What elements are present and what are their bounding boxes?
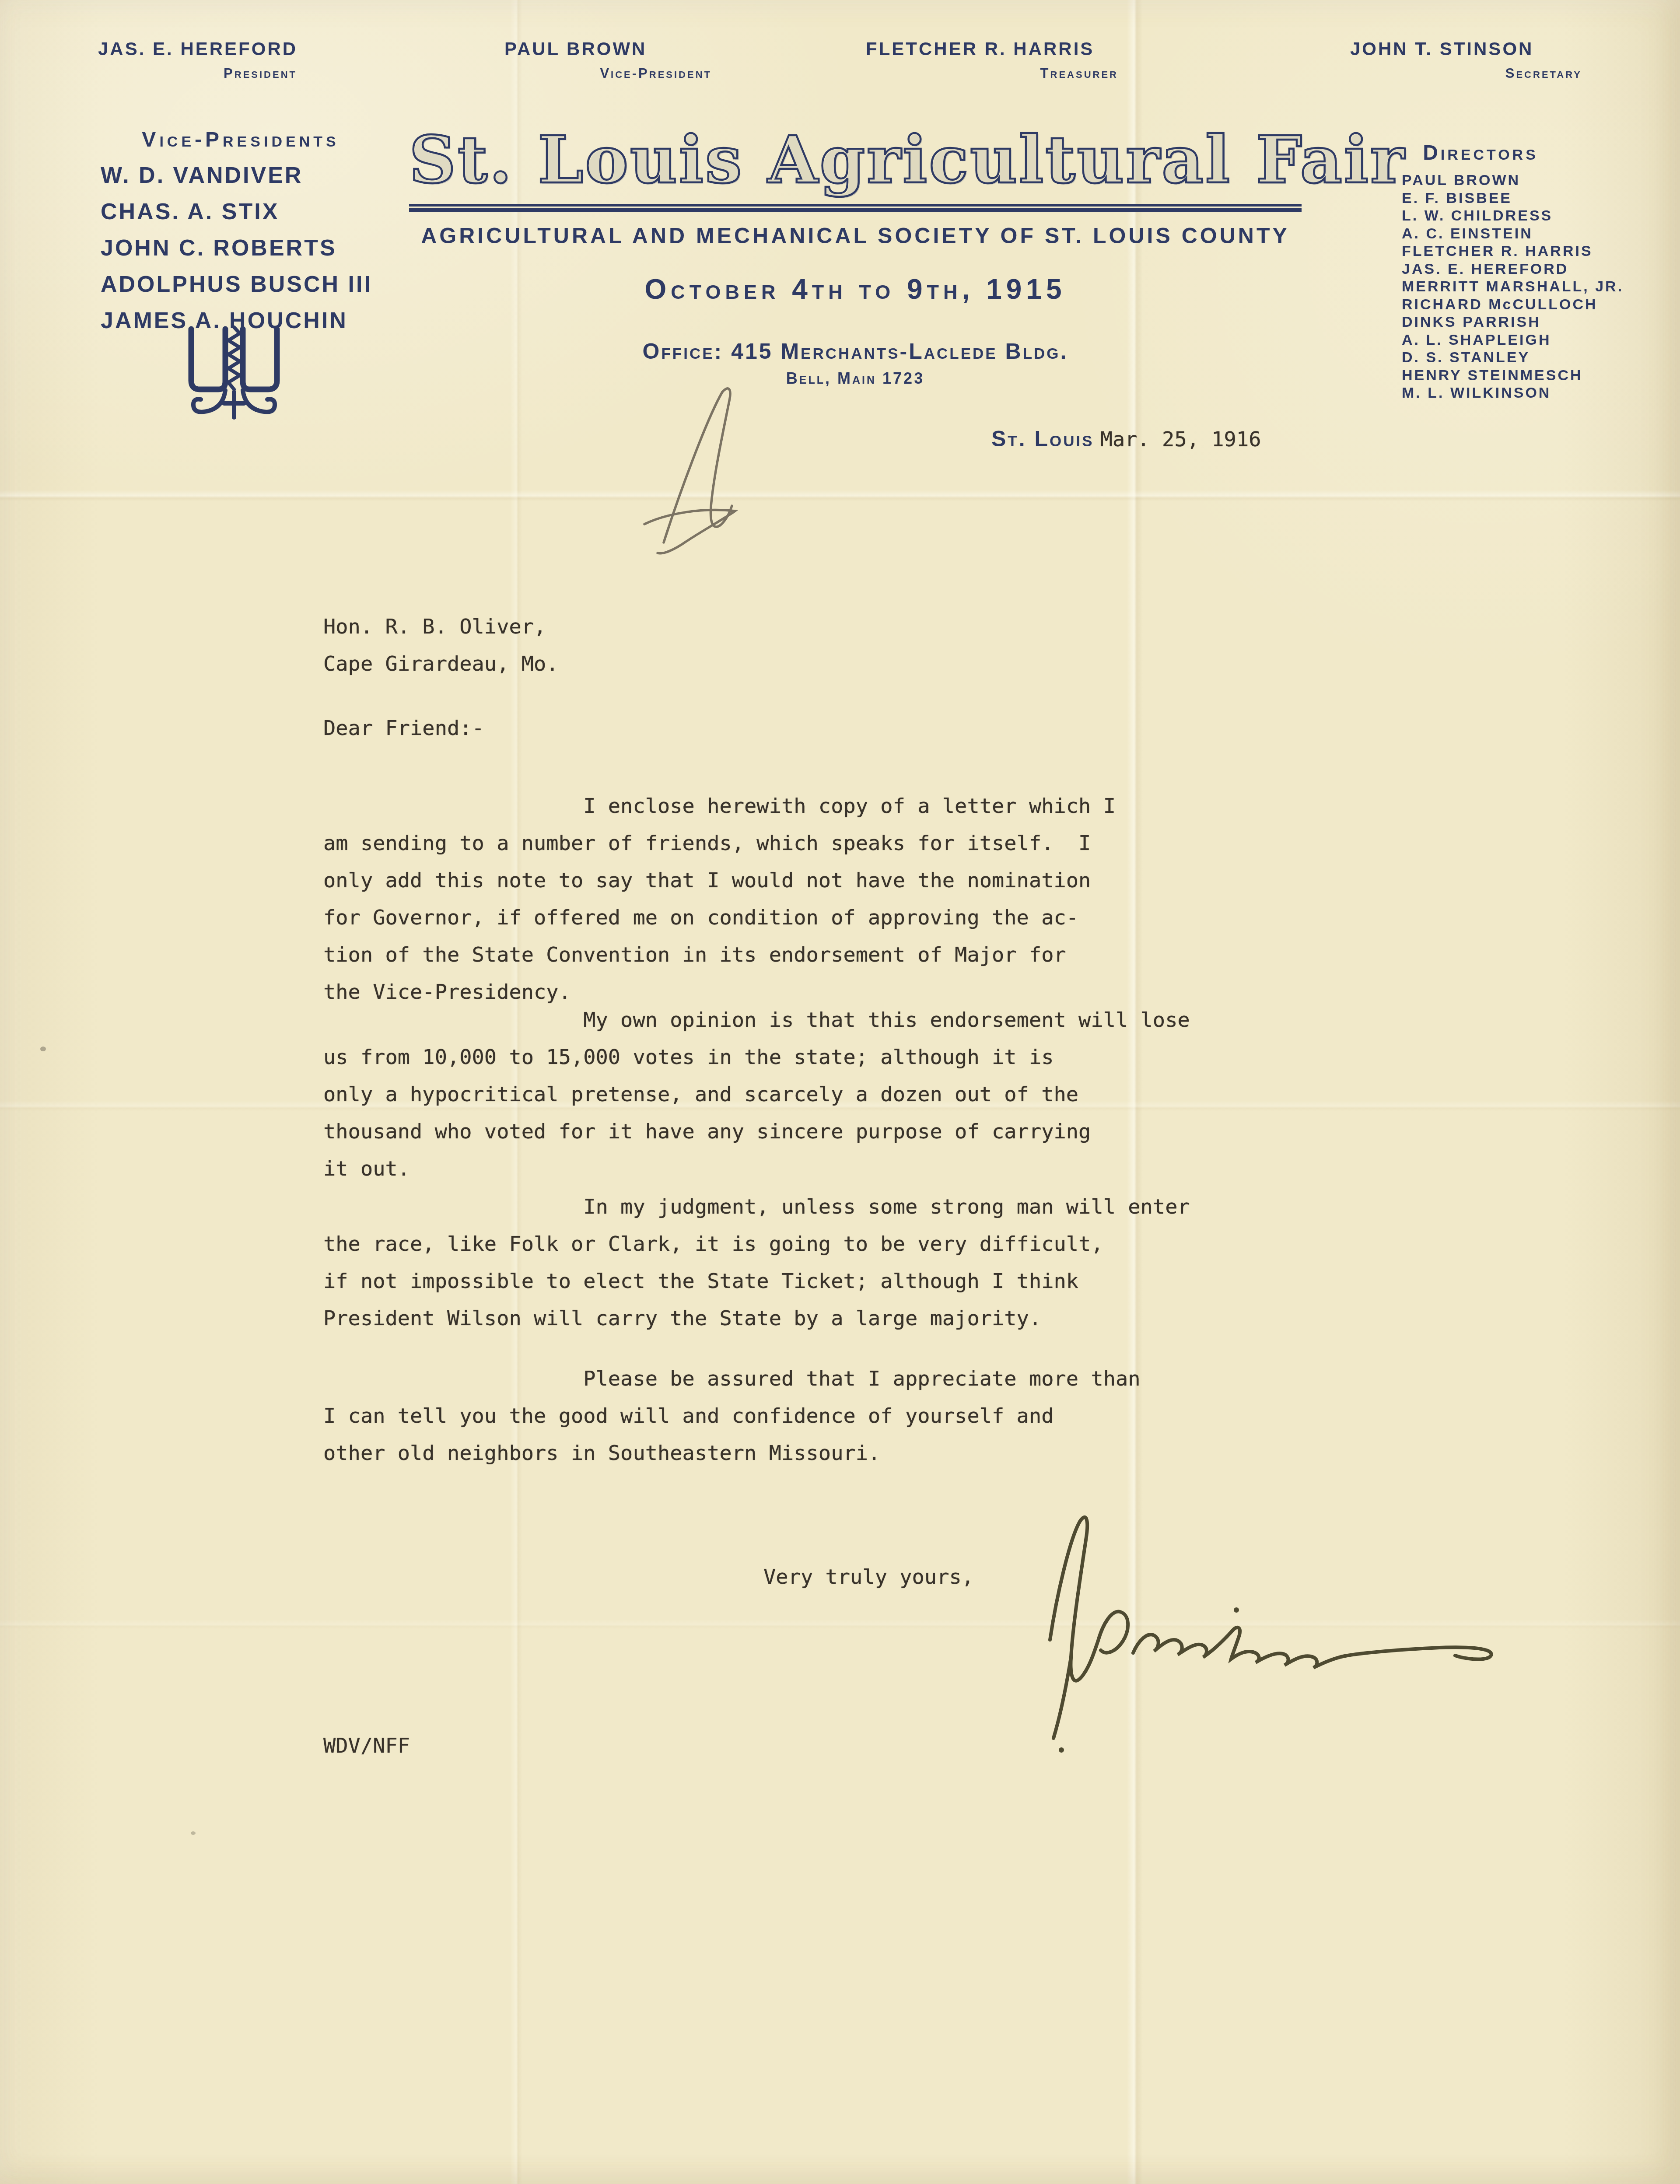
- pencil-mark-A: [637, 380, 781, 555]
- officer-name: JAS. E. HEREFORD: [98, 38, 297, 59]
- fair-dates-line: October 4th to 9th, 1915: [409, 273, 1302, 305]
- paper-speck: [40, 1046, 46, 1051]
- letter-page: JAS. E. HEREFORD President PAUL BROWN Vi…: [0, 0, 1680, 2184]
- body-paragraph-1: I enclose herewith copy of a letter whic…: [323, 787, 1116, 1011]
- dateline-date: Mar. 25, 1916: [1100, 421, 1261, 458]
- officer-secretary-block: JOHN T. STINSON Secretary: [1350, 38, 1582, 81]
- office-address-line: Office: 415 Merchants-Laclede Bldg.: [409, 339, 1302, 364]
- officer-role: President: [224, 66, 297, 81]
- closing-line: Very truly yours,: [763, 1558, 974, 1596]
- body-paragraph-2: My own opinion is that this endorsement …: [323, 1001, 1190, 1187]
- horizontal-fold-line: [0, 490, 1680, 501]
- phone-line: Bell, Main 1723: [409, 369, 1302, 388]
- officer-treasurer-block: FLETCHER R. HARRIS Treasurer: [866, 38, 1118, 81]
- salutation: Dear Friend:-: [323, 710, 484, 747]
- officer-name: FLETCHER R. HARRIS: [866, 38, 1118, 59]
- officer-name: PAUL BROWN: [504, 38, 712, 59]
- letterhead-center-block: St. Louis Agricultural Fair AGRICULTURAL…: [409, 122, 1302, 388]
- body-paragraph-4: Please be assured that I appreciate more…: [323, 1360, 1141, 1472]
- open-book-ornament-icon: [182, 324, 287, 424]
- dateline: St. Louis Mar. 25, 1916: [991, 421, 1261, 458]
- officer-role: Secretary: [1505, 66, 1582, 81]
- officer-president-block: JAS. E. HEREFORD President: [98, 38, 297, 81]
- vice-presidents-list: W. D. VANDIVER CHAS. A. STIX JOHN C. ROB…: [101, 157, 372, 339]
- title-double-rule: [409, 204, 1302, 212]
- officer-role: Treasurer: [1040, 66, 1118, 81]
- officer-vice-president-block: PAUL BROWN Vice-President: [504, 38, 712, 81]
- officer-role: Vice-President: [600, 66, 712, 81]
- recipient-address: Hon. R. B. Oliver, Cape Girardeau, Mo.: [323, 608, 559, 682]
- handwritten-signature: [976, 1500, 1527, 1762]
- paper-speck: [191, 1831, 196, 1835]
- officer-name: JOHN T. STINSON: [1350, 38, 1582, 59]
- typist-initials: WDV/NFF: [323, 1727, 410, 1764]
- dateline-place: St. Louis: [991, 426, 1094, 451]
- organization-title: St. Louis Agricultural Fair: [409, 122, 1302, 198]
- organization-subtitle: AGRICULTURAL AND MECHANICAL SOCIETY OF S…: [409, 223, 1302, 248]
- directors-list: PAUL BROWN E. F. BISBEE L. W. CHILDRESS …: [1402, 171, 1624, 402]
- vice-presidents-heading: Vice-Presidents: [109, 128, 372, 152]
- body-paragraph-3: In my judgment, unless some strong man w…: [323, 1188, 1190, 1337]
- directors-heading: Directors: [1393, 141, 1568, 165]
